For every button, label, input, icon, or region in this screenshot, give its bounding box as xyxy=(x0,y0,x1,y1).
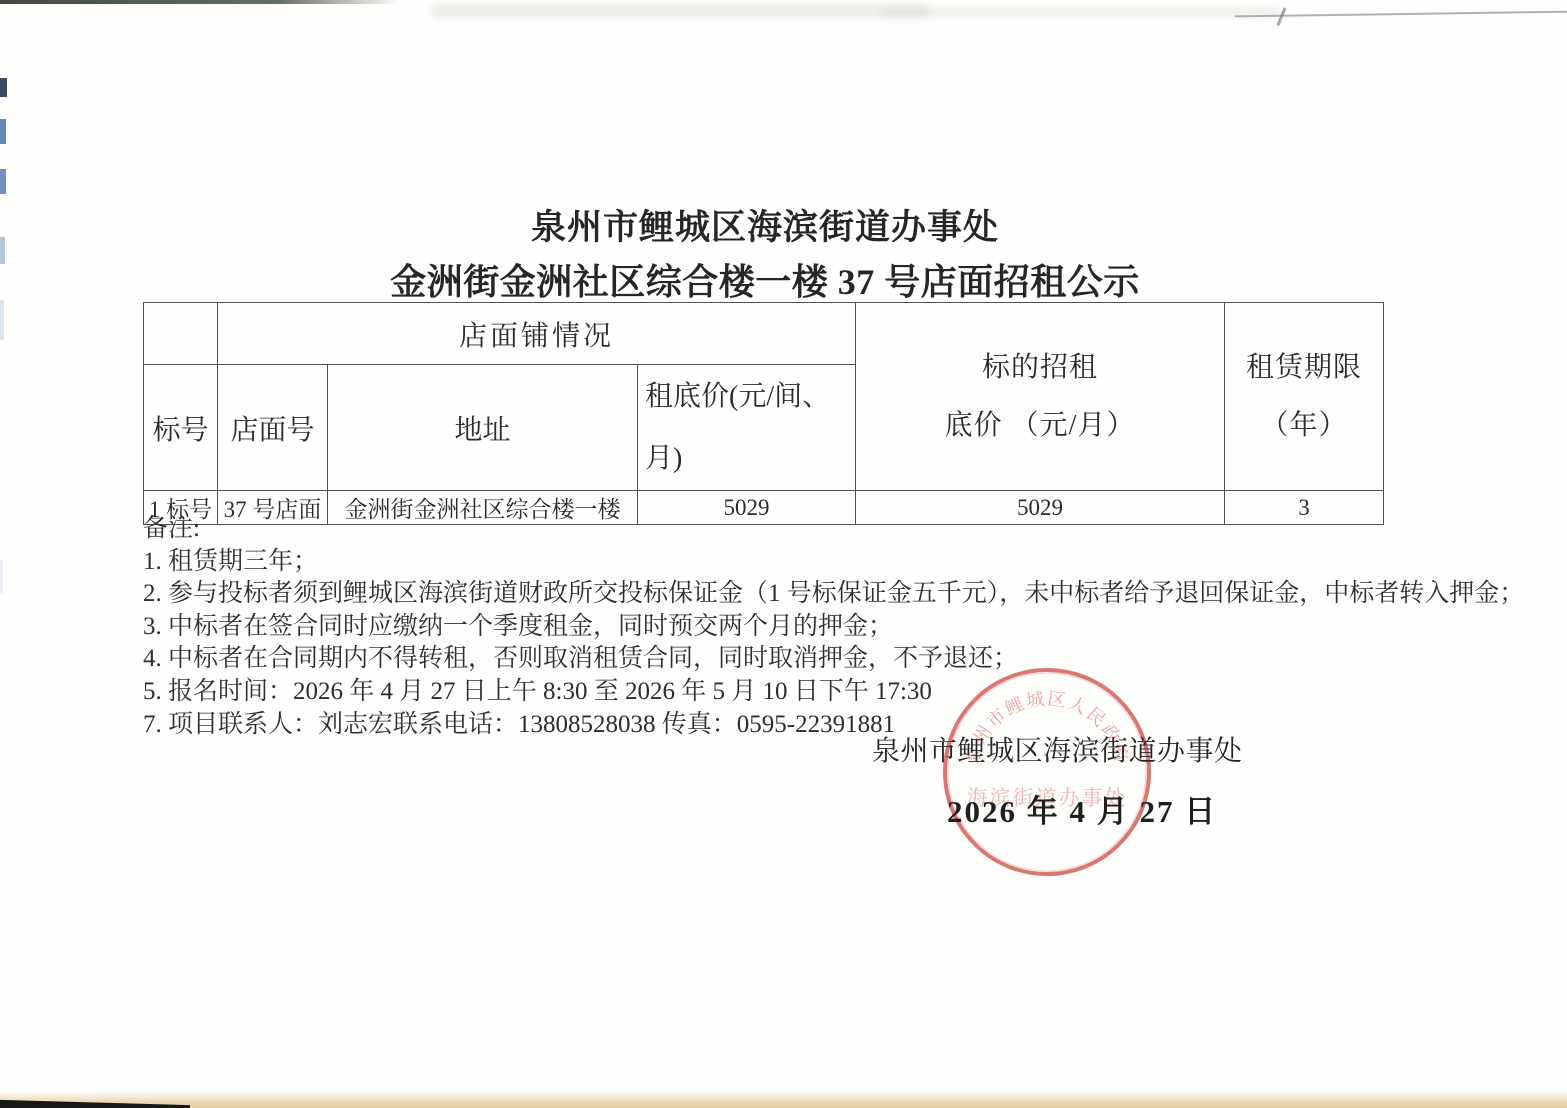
note-line: 3. 中标者在签合同时应缴纳一个季度租金，同时预交两个月的押金； xyxy=(143,611,1524,644)
table-header-lease-term: 租赁期限 （年） xyxy=(1225,303,1384,491)
table-header-lease-term-line1: 租赁期限 xyxy=(1225,339,1383,397)
scan-smudge xyxy=(880,6,1280,18)
scanned-notice-page: 泉州市鲤城区海滨街道办事处 金洲街金洲社区综合楼一楼 37 号店面招租公示 店面… xyxy=(0,0,1567,1108)
table-header-target-rent-line1: 标的招租 xyxy=(856,339,1224,397)
scan-pencil-mark xyxy=(1277,7,1286,26)
note-line: 4. 中标者在合同期内不得转租，否则取消租赁合同，同时取消押金，不予退还； xyxy=(143,643,1524,676)
scan-left-edge-mark xyxy=(0,119,6,144)
scan-left-edge-mark xyxy=(0,78,7,97)
table-corner-empty-cell xyxy=(144,303,218,365)
table-header-lease-term-line2: （年） xyxy=(1225,397,1383,455)
table-header-address: 地址 xyxy=(328,365,638,491)
scan-left-edge-mark xyxy=(0,300,4,340)
signature-date: 2026 年 4 月 27 日 xyxy=(947,786,1217,831)
table-header-unit-base-rent: 租底价(元/间、月) xyxy=(638,365,856,491)
note-line: 7. 项目联系人：刘志宏联系电话：13808528038 传真：0595-223… xyxy=(143,709,1524,742)
document-title-org: 泉州市鲤城区海滨街道办事处 xyxy=(0,200,1530,250)
notes-section: 备注: 1. 租赁期三年； 2. 参与投标者须到鲤城区海滨街道财政所交投标保证金… xyxy=(143,513,1524,741)
note-line: 5. 报名时间：2026 年 4 月 27 日上午 8:30 至 2026 年 … xyxy=(143,676,1524,709)
official-seal: 泉州市鲤城区人民政府 海滨街道办事处 xyxy=(938,663,1156,881)
table-header-target-rent-line2: 底价 （元/月） xyxy=(856,397,1224,455)
table-header-shop-info-group: 店面铺情况 xyxy=(218,303,856,365)
notes-label: 备注: xyxy=(143,513,1524,546)
scan-top-edge-line xyxy=(0,0,400,4)
scan-crease-line xyxy=(1235,11,1567,18)
table-header-shop-no: 店面号 xyxy=(218,365,328,491)
signature-org: 泉州市鲤城区海滨街道办事处 xyxy=(872,729,1243,769)
note-line: 1. 租赁期三年； xyxy=(143,546,1524,579)
seal-ring xyxy=(945,670,1149,874)
note-line: 2. 参与投标者须到鲤城区海滨街道财政所交投标保证金（1 号标保证金五千元），未… xyxy=(143,578,1524,611)
table-header-target-rent: 标的招租 底价 （元/月） xyxy=(856,303,1225,491)
scan-bottom-shadow xyxy=(0,1099,190,1108)
rental-offer-table: 店面铺情况 标的招租 底价 （元/月） 租赁期限 （年） 标号 店面号 地址 租… xyxy=(143,302,1384,525)
scan-left-edge-mark xyxy=(0,560,3,594)
scan-bottom-paper-edge xyxy=(0,1092,1567,1108)
table-header-bid-no: 标号 xyxy=(144,365,218,491)
scan-left-edge-mark xyxy=(0,169,6,194)
seal-ring-inner xyxy=(948,673,1146,871)
document-title-subject: 金洲街金洲社区综合楼一楼 37 号店面招租公示 xyxy=(0,254,1530,305)
scan-smudge xyxy=(430,4,930,18)
